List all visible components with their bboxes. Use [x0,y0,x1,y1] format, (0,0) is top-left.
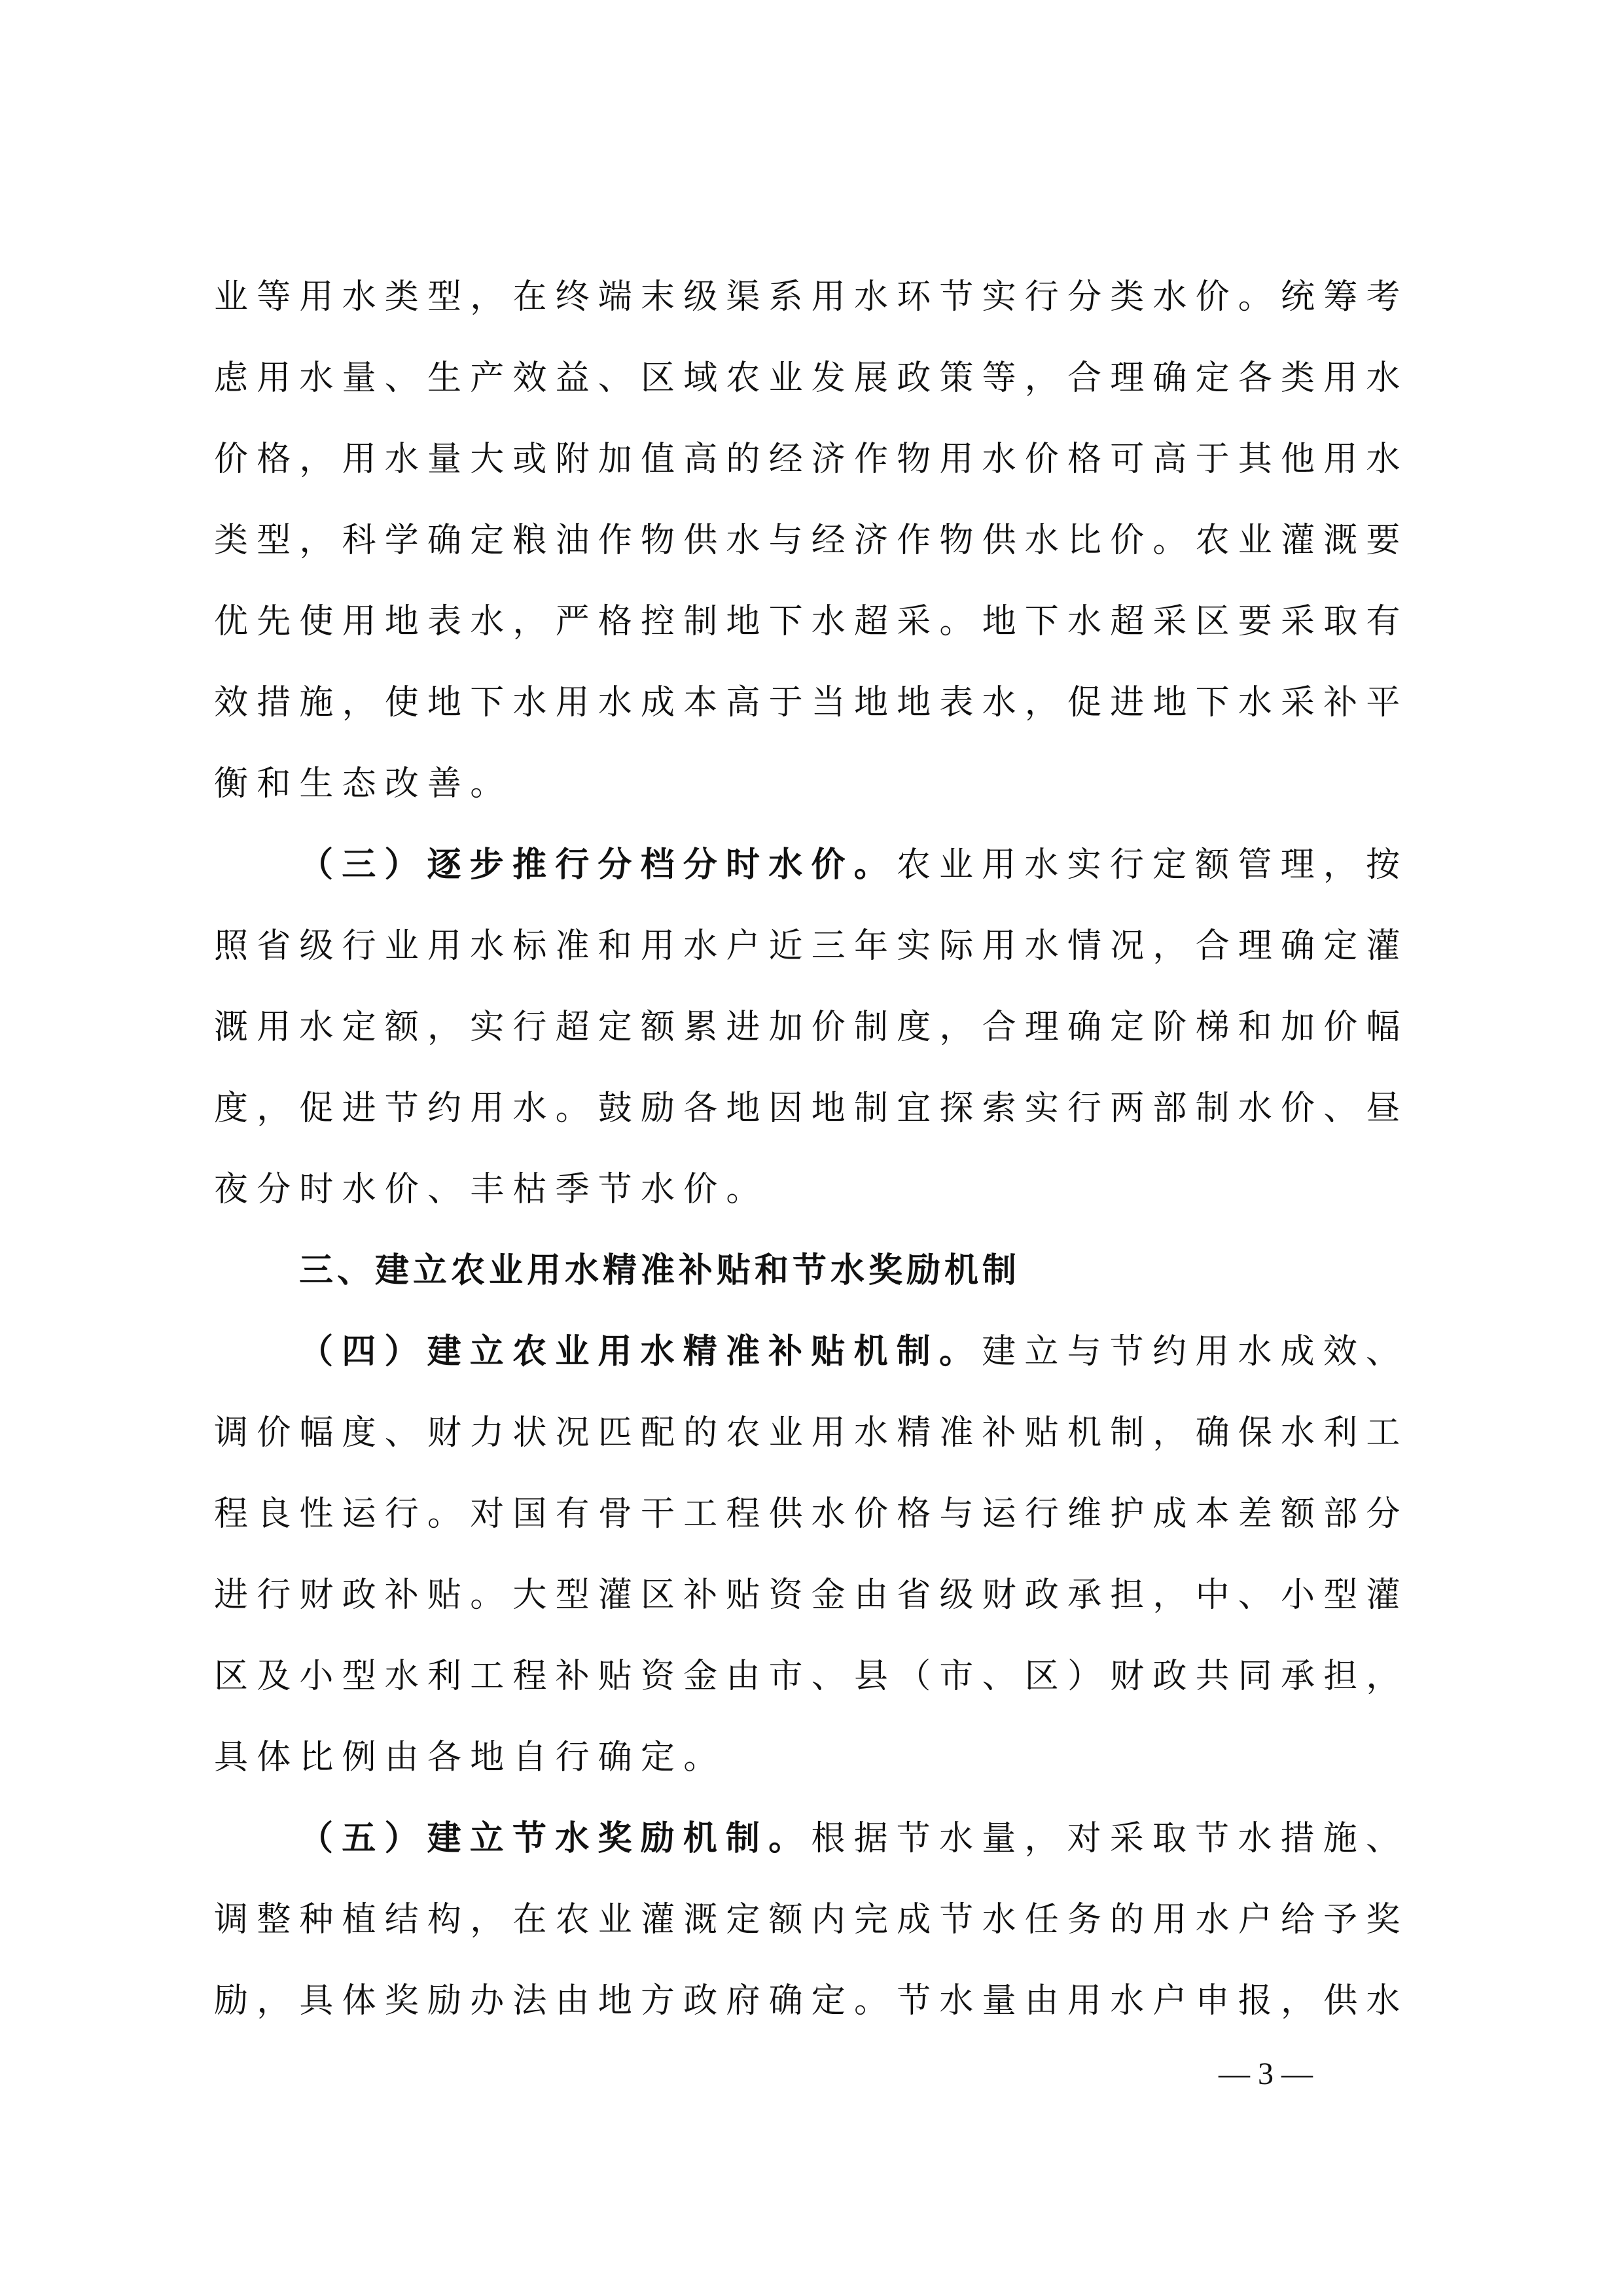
text-line: 程良性运行。对国有骨干工程供水价格与运行维护成本差额部分 [214,1474,1418,1555]
text-line: 虑用水量、生产效益、区域农业发展政策等，合理确定各类用水 [214,338,1418,419]
subsection-title-5: （五）建立节水奖励机制。 [299,1818,811,1858]
text-line: 效措施，使地下水用水成本高于当地地表水，促进地下水采补平 [214,662,1418,743]
text-line: 励，具体奖励办法由地方政府确定。节水量由用水户申报，供水 [214,1960,1418,2041]
text-line: 类型，科学确定粮油作物供水与经济作物供水比价。农业灌溉要 [214,500,1418,581]
text-run: 农业用水实行定额管理，按 [897,845,1408,885]
text-run: 根据节水量，对采取节水措施、 [811,1819,1408,1858]
paragraph-precise-subsidy: （四）建立农业用水精准补贴机制。建立与节约用水成效、 调价幅度、财力状况匹配的农… [214,1311,1418,1798]
paragraph-water-saving-reward: （五）建立节水奖励机制。根据节水量，对采取节水措施、 调整种植结构，在农业灌溉定… [214,1798,1418,2041]
text-line: 照省级行业用水标准和用水户近三年实际用水情况，合理确定灌 [214,906,1418,987]
text-run: 建立与节约用水成效、 [982,1332,1408,1371]
section-heading-3: 三、建立农业用水精准补贴和节水奖励机制 [214,1230,1418,1311]
text-line: 业等用水类型，在终端末级渠系用水环节实行分类水价。统筹考 [214,256,1418,338]
text-line: 进行财政补贴。大型灌区补贴资金由省级财政承担，中、小型灌 [214,1555,1418,1636]
text-line: 衡和生态改善。 [214,743,1418,824]
text-line-first: （四）建立农业用水精准补贴机制。建立与节约用水成效、 [214,1311,1418,1392]
subsection-title-4: （四）建立农业用水精准补贴机制。 [299,1332,982,1371]
text-line-first: （三）逐步推行分档分时水价。农业用水实行定额管理，按 [214,824,1418,906]
document-page: 业等用水类型，在终端末级渠系用水环节实行分类水价。统筹考 虑用水量、生产效益、区… [0,0,1623,2296]
text-line: 度，促进节约用水。鼓励各地因地制宜探索实行两部制水价、昼 [214,1068,1418,1149]
text-line: 调整种植结构，在农业灌溉定额内完成节水任务的用水户给予奖 [214,1879,1418,1960]
text-line-first: （五）建立节水奖励机制。根据节水量，对采取节水措施、 [214,1798,1418,1879]
paragraph-water-price-classification: 业等用水类型，在终端末级渠系用水环节实行分类水价。统筹考 虑用水量、生产效益、区… [214,256,1418,824]
document-body: 业等用水类型，在终端末级渠系用水环节实行分类水价。统筹考 虑用水量、生产效益、区… [214,256,1418,2041]
text-line: 价格，用水量大或附加值高的经济作物用水价格可高于其他用水 [214,419,1418,500]
page-number: — 3 — [1219,2055,1313,2094]
text-line: 区及小型水利工程补贴资金由市、县（市、区）财政共同承担， [214,1636,1418,1717]
subsection-title-3: （三）逐步推行分档分时水价。 [299,845,897,885]
text-line: 夜分时水价、丰枯季节水价。 [214,1149,1418,1230]
text-line: 溉用水定额，实行超定额累进加价制度，合理确定阶梯和加价幅 [214,987,1418,1068]
text-line: 优先使用地表水，严格控制地下水超采。地下水超采区要采取有 [214,581,1418,662]
paragraph-tiered-pricing: （三）逐步推行分档分时水价。农业用水实行定额管理，按 照省级行业用水标准和用水户… [214,824,1418,1230]
text-line: 具体比例由各地自行确定。 [214,1717,1418,1798]
text-line: 调价幅度、财力状况匹配的农业用水精准补贴机制，确保水利工 [214,1392,1418,1474]
